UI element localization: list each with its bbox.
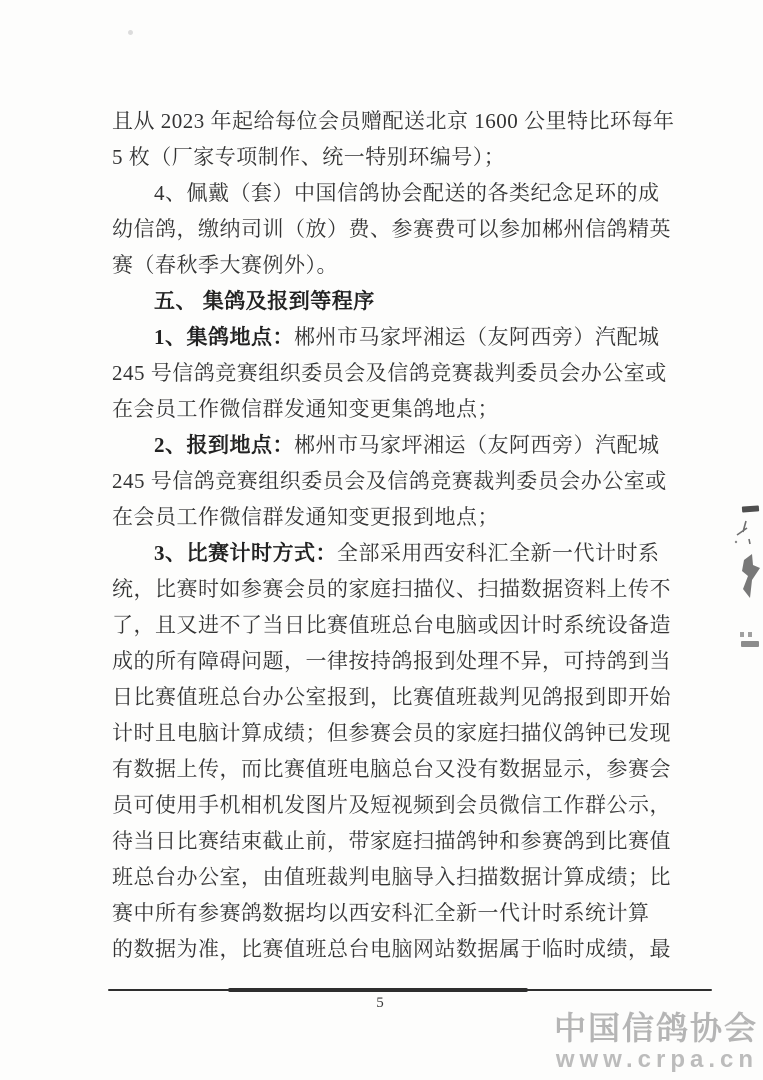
text-line: 245 号信鸽竞赛组织委员会及信鸽竞赛裁判委员会办公室或 [112, 355, 678, 391]
watermark: 中国信鸽协会 www.crpa.cn [554, 1010, 758, 1074]
artifact-bar-bottom [741, 641, 759, 647]
text-line: 班总台办公室，由值班裁判电脑导入扫描数据计算成绩；比 [112, 859, 678, 895]
text-line: 且从 2023 年起给每位会员赠配送北京 1600 公里特比环每年 [112, 103, 678, 139]
text-line: 待当日比赛结束截止前，带家庭扫描鸽钟和参赛鸽到比赛值 [112, 823, 678, 859]
watermark-url: www.crpa.cn [554, 1046, 758, 1074]
text-line: 计时且电脑计算成绩；但参赛会员的家庭扫描仪鸽钟已发现 [112, 715, 678, 751]
text-line: 成的所有障碍问题，一律按持鸽报到处理不异，可持鸽到当 [112, 643, 678, 679]
text-line: 日比赛值班总台办公室报到，比赛值班裁判见鸽报到即开始 [112, 679, 678, 715]
text-line: 1、集鸽地点：郴州市马家坪湘运（友阿西旁）汽配城 [112, 319, 678, 355]
artifact-blob [742, 554, 760, 598]
text-line: 2、报到地点：郴州市马家坪湘运（友阿西旁）汽配城 [112, 427, 678, 463]
artifact-strokes [737, 521, 750, 544]
artifact-mark-2 [748, 632, 752, 637]
text-line: 五、 集鸽及报到等程序 [112, 283, 678, 319]
footer-separator-line [108, 989, 712, 991]
scan-speck [128, 30, 133, 35]
text-line: 在会员工作微信群发通知变更报到地点； [112, 499, 678, 535]
page-number: 5 [340, 995, 420, 1012]
text-line: 5 枚（厂家专项制作、统一特别环编号）； [112, 139, 678, 175]
text-line: 员可使用手机相机发图片及短视频到会员微信工作群公示， [112, 787, 678, 823]
artifact-bar-top [742, 505, 759, 512]
text-line: 赛中所有参赛鸽数据均以西安科汇全新一代计时系统计算 [112, 895, 678, 931]
artifact-mark-1 [740, 632, 744, 637]
document-body: 且从 2023 年起给每位会员赠配送北京 1600 公里特比环每年5 枚（厂家专… [112, 103, 678, 967]
text-line: 有数据上传，而比赛值班电脑总台又没有数据显示，参赛会 [112, 751, 678, 787]
text-line: 3、比赛计时方式：全部采用西安科汇全新一代计时系 [112, 535, 678, 571]
text-line: 245 号信鸽竞赛组织委员会及信鸽竞赛裁判委员会办公室或 [112, 463, 678, 499]
text-line: 统，比赛时如参赛会员的家庭扫描仪、扫描数据资料上传不 [112, 571, 678, 607]
scan-artifacts [725, 490, 763, 740]
scanned-document-page: 且从 2023 年起给每位会员赠配送北京 1600 公里特比环每年5 枚（厂家专… [0, 0, 763, 1080]
artifact-dot [735, 541, 737, 543]
text-line: 赛（春秋季大赛例外）。 [112, 247, 678, 283]
text-line: 的数据为准，比赛值班总台电脑网站数据属于临时成绩，最 [112, 931, 678, 967]
text-line: 幼信鸽，缴纳司训（放）费、参赛费可以参加郴州信鸽精英 [112, 211, 678, 247]
text-line: 在会员工作微信群发通知变更集鸽地点； [112, 391, 678, 427]
watermark-org-name: 中国信鸽协会 [554, 1010, 758, 1046]
text-line: 了，且又进不了当日比赛值班总台电脑或因计时系统设备造 [112, 607, 678, 643]
text-line: 4、佩戴（套）中国信鸽协会配送的各类纪念足环的成 [112, 175, 678, 211]
